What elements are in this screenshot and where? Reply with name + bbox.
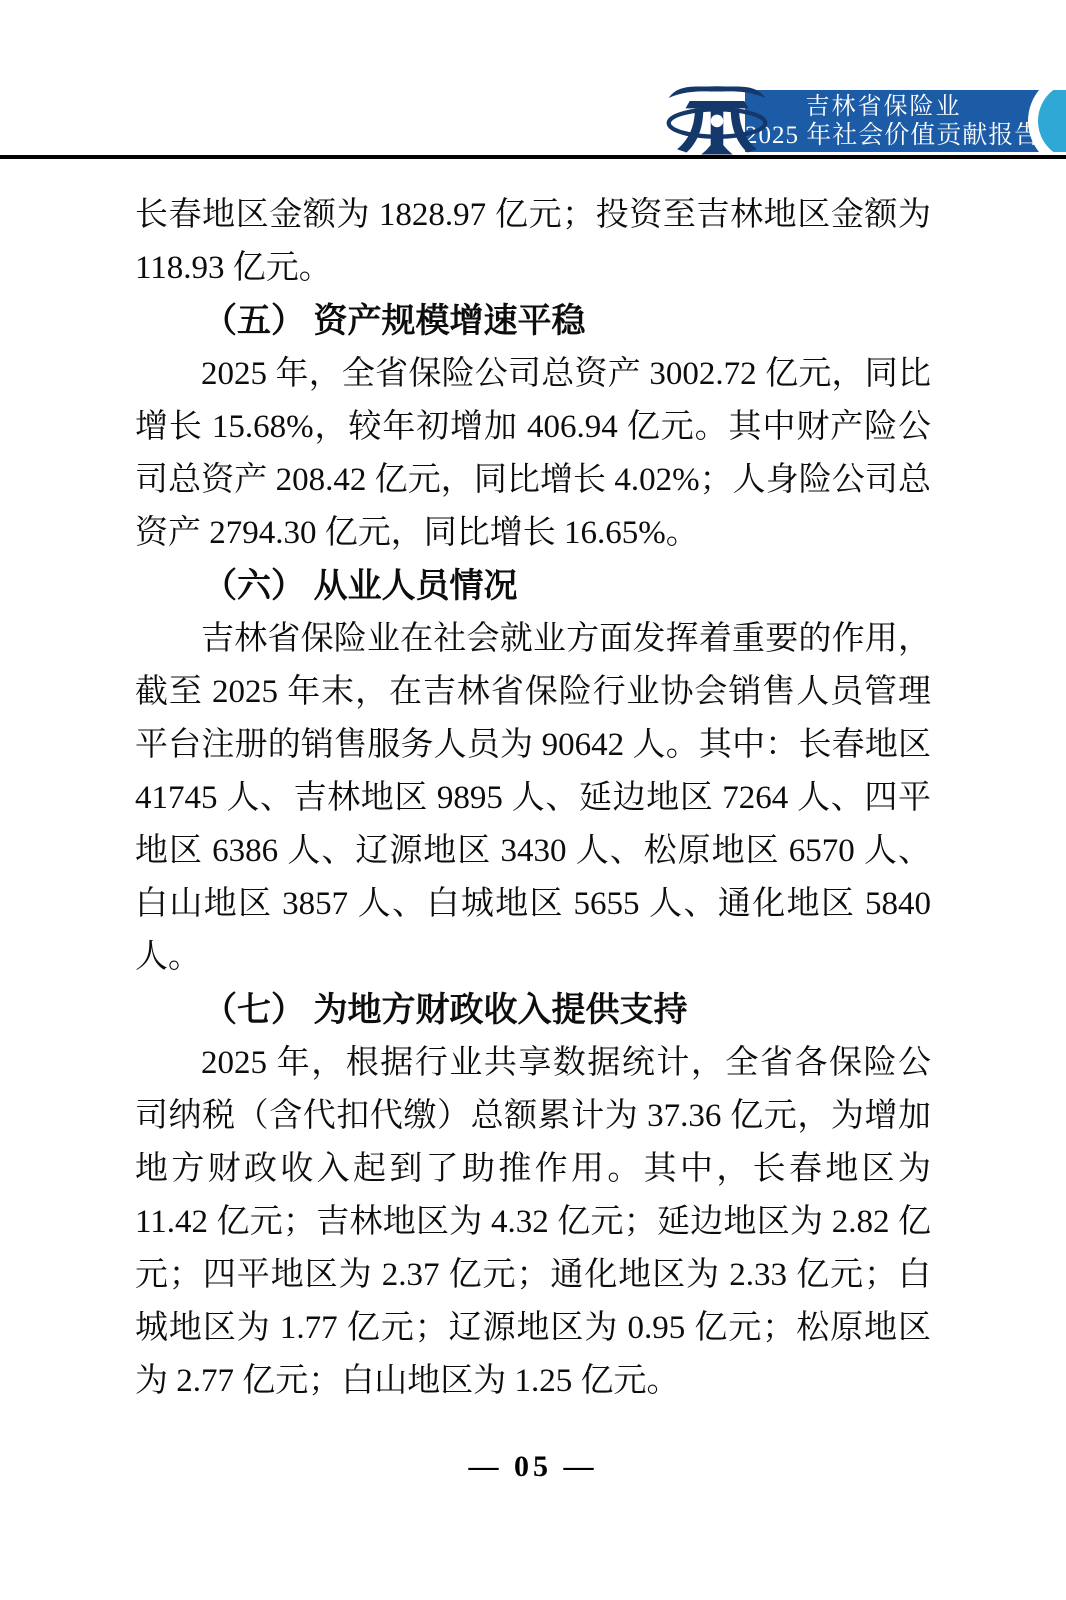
body-paragraph-assets: 2025 年，全省保险公司总资产 3002.72 亿元，同比增长 15.68%，…: [135, 348, 931, 560]
banner-title-line2: 2025 年社会价值贡献报告: [745, 121, 1022, 150]
report-page: 吉林省保险业 2025 年社会价值贡献报告 长春地区金额为 1828.97 亿元…: [0, 0, 1066, 1600]
section-heading-5: （五） 资产规模增速平稳: [135, 295, 931, 348]
banner-title-line1: 吉林省保险业: [745, 93, 1022, 121]
section-heading-7: （七） 为地方财政收入提供支持: [135, 984, 931, 1037]
association-emblem-icon: [664, 80, 770, 164]
body-paragraph-continuation: 长春地区金额为 1828.97 亿元；投资至吉林地区金额为 118.93 亿元。: [135, 189, 931, 295]
page-number: — 05 —: [0, 1450, 1066, 1484]
banner-accent-circle: [1028, 90, 1066, 152]
document-body: 长春地区金额为 1828.97 亿元；投资至吉林地区金额为 118.93 亿元。…: [135, 189, 931, 1408]
report-title-banner: 吉林省保险业 2025 年社会价值贡献报告: [745, 90, 1066, 152]
body-paragraph-tax: 2025 年，根据行业共享数据统计，全省各保险公司纳税（含代扣代缴）总额累计为 …: [135, 1037, 931, 1408]
body-paragraph-employment: 吉林省保险业在社会就业方面发挥着重要的作用，截至 2025 年末，在吉林省保险行…: [135, 613, 931, 984]
header-rule: [0, 155, 1066, 159]
section-heading-6: （六） 从业人员情况: [135, 560, 931, 613]
